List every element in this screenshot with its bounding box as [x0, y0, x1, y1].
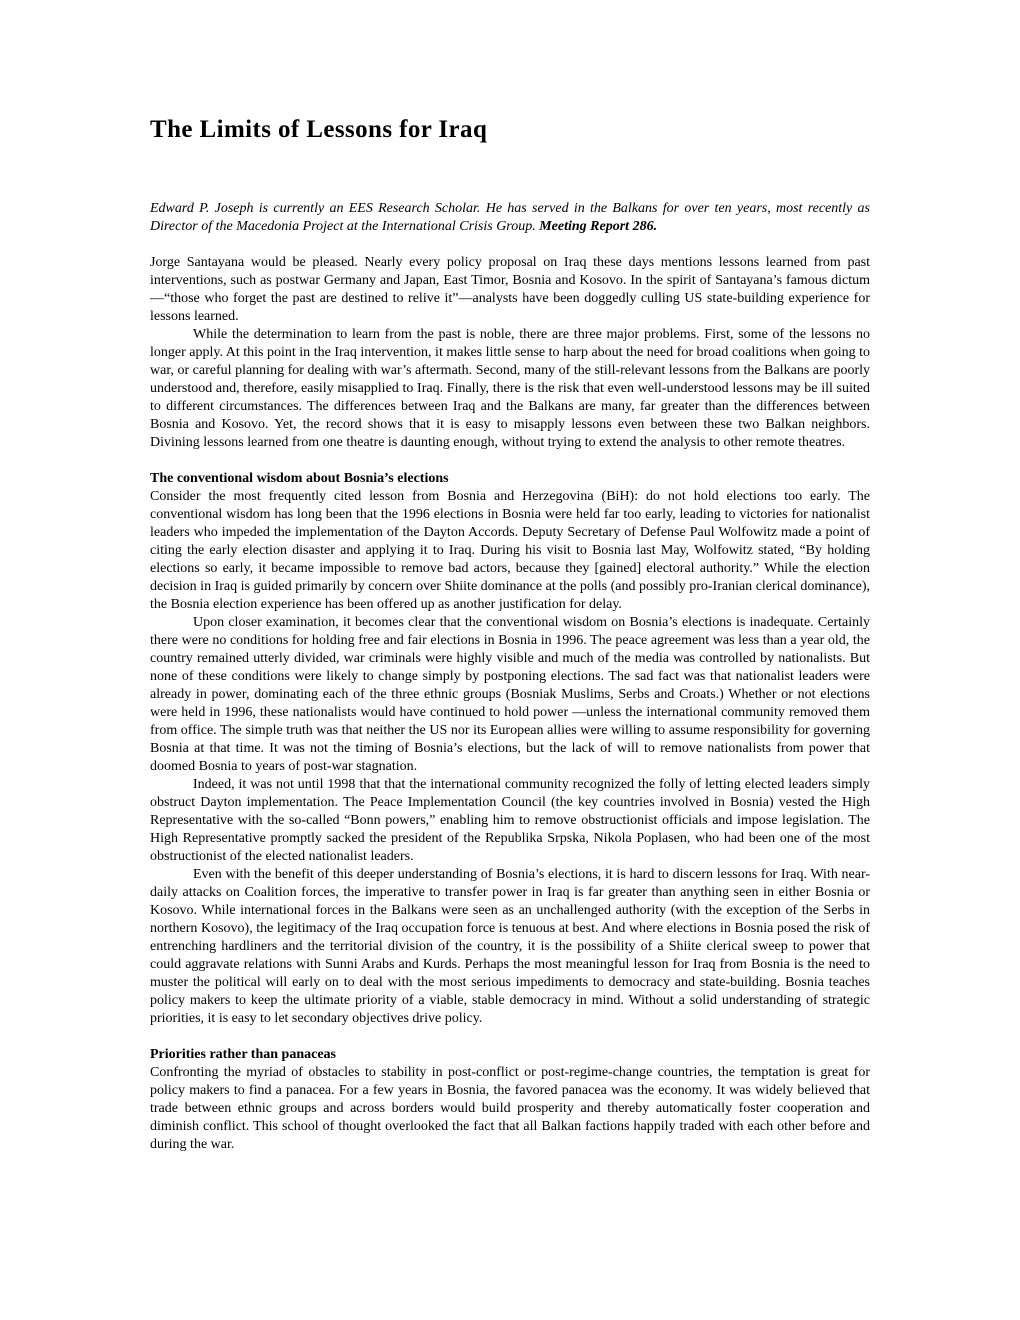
section1-paragraph-4: Even with the benefit of this deeper und…	[150, 866, 870, 1028]
byline: Edward P. Joseph is currently an EES Res…	[150, 200, 870, 236]
document-page: The Limits of Lessons for Iraq Edward P.…	[0, 0, 1020, 1320]
section1-paragraph-3: Indeed, it was not until 1998 that that …	[150, 776, 870, 866]
byline-report-reference: Meeting Report 286.	[539, 219, 657, 234]
intro-paragraph-2: While the determination to learn from th…	[150, 326, 870, 452]
document-title: The Limits of Lessons for Iraq	[150, 116, 870, 145]
section-heading-bosnia-elections: The conventional wisdom about Bosnia’s e…	[150, 470, 870, 488]
document-content: The Limits of Lessons for Iraq Edward P.…	[150, 116, 870, 1154]
section1-paragraph-1: Consider the most frequently cited lesso…	[150, 488, 870, 614]
section2-paragraph-1: Confronting the myriad of obstacles to s…	[150, 1064, 870, 1154]
section-heading-priorities: Priorities rather than panaceas	[150, 1046, 870, 1064]
section1-paragraph-2: Upon closer examination, it becomes clea…	[150, 614, 870, 776]
byline-text: Edward P. Joseph is currently an EES Res…	[150, 201, 870, 234]
intro-paragraph-1: Jorge Santayana would be pleased. Nearly…	[150, 254, 870, 326]
